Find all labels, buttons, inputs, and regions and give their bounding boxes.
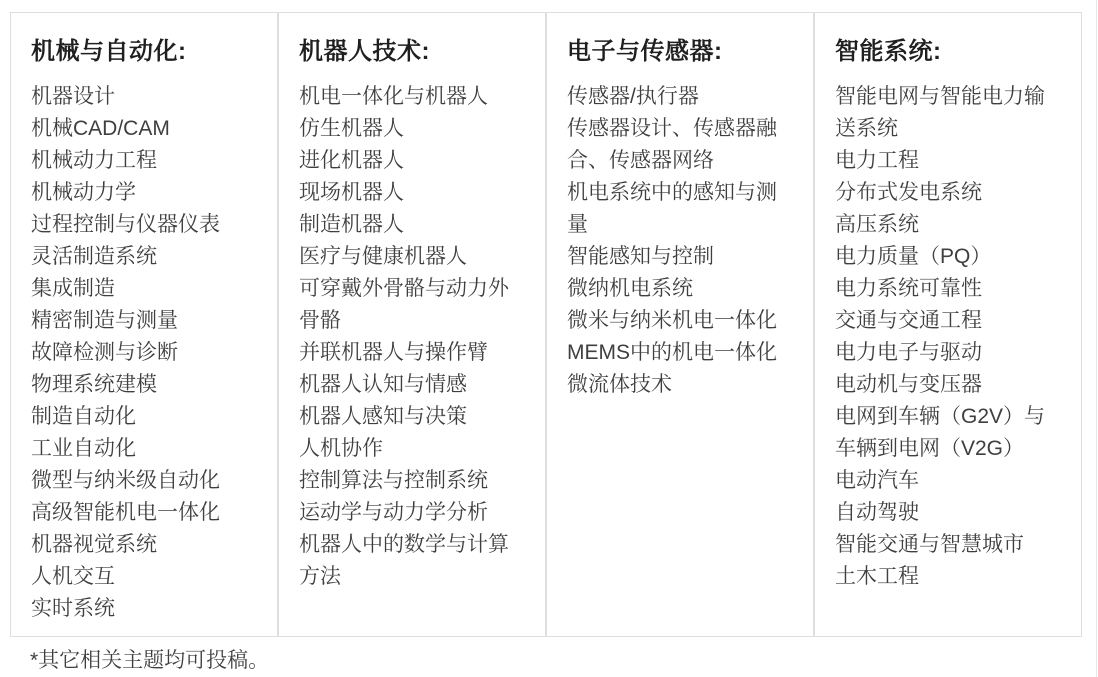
- topic-item: 微纳机电系统: [567, 273, 793, 305]
- topic-item: 智能交通与智慧城市: [835, 529, 1061, 561]
- topic-item: 智能感知与控制: [567, 241, 793, 273]
- topic-column-robotics: 机器人技术: 机电一体化与机器人仿生机器人进化机器人现场机器人制造机器人医疗与健…: [279, 13, 547, 636]
- topic-item: 制造自动化: [31, 401, 257, 433]
- topic-item: 灵活制造系统: [31, 241, 257, 273]
- topic-list: 机电一体化与机器人仿生机器人进化机器人现场机器人制造机器人医疗与健康机器人可穿戴…: [299, 81, 525, 593]
- topic-item: 机械动力学: [31, 177, 257, 209]
- topic-item: 机械CAD/CAM: [31, 113, 257, 145]
- topic-item: 传感器设计、传感器融合、传感器网络: [567, 113, 793, 177]
- topic-item: 人机交互: [31, 561, 257, 593]
- topic-item: 电力质量（PQ）: [835, 241, 1061, 273]
- topic-list: 传感器/执行器传感器设计、传感器融合、传感器网络机电系统中的感知与测量智能感知与…: [567, 81, 793, 401]
- topic-column-electronics-sensors: 电子与传感器: 传感器/执行器传感器设计、传感器融合、传感器网络机电系统中的感知…: [547, 13, 815, 636]
- topic-item: 机器人感知与决策: [299, 401, 525, 433]
- topic-item: 工业自动化: [31, 433, 257, 465]
- topic-item: 进化机器人: [299, 145, 525, 177]
- topics-table: 机械与自动化: 机器设计机械CAD/CAM机械动力工程机械动力学过程控制与仪器仪…: [10, 12, 1082, 637]
- topic-item: 机电一体化与机器人: [299, 81, 525, 113]
- topic-item: 制造机器人: [299, 209, 525, 241]
- topic-item: 仿生机器人: [299, 113, 525, 145]
- topic-item: 微米与纳米机电一体化: [567, 305, 793, 337]
- topic-item: 微型与纳米级自动化: [31, 465, 257, 497]
- column-heading: 电子与传感器:: [567, 35, 793, 69]
- topic-item: 机器人认知与情感: [299, 369, 525, 401]
- topic-item: 电力工程: [835, 145, 1061, 177]
- topic-item: 电力系统可靠性: [835, 273, 1061, 305]
- topic-item: 电力电子与驱动: [835, 337, 1061, 369]
- topic-item: 集成制造: [31, 273, 257, 305]
- topic-item: 机械动力工程: [31, 145, 257, 177]
- topic-item: 医疗与健康机器人: [299, 241, 525, 273]
- topic-item: 人机协作: [299, 433, 525, 465]
- topic-item: 电动汽车: [835, 465, 1061, 497]
- topic-item: 机器视觉系统: [31, 529, 257, 561]
- topic-item: 智能电网与智能电力输送系统: [835, 81, 1061, 145]
- topic-item: 可穿戴外骨骼与动力外骨骼: [299, 273, 525, 337]
- column-heading: 机器人技术:: [299, 35, 525, 69]
- topic-column-mechanical: 机械与自动化: 机器设计机械CAD/CAM机械动力工程机械动力学过程控制与仪器仪…: [11, 13, 279, 636]
- footnote: *其它相关主题均可投稿。: [30, 646, 269, 676]
- topic-item: 高压系统: [835, 209, 1061, 241]
- topic-item: MEMS中的机电一体化: [567, 337, 793, 369]
- topic-item: 土木工程: [835, 561, 1061, 593]
- topic-item: 控制算法与控制系统: [299, 465, 525, 497]
- topic-item: 机电系统中的感知与测量: [567, 177, 793, 241]
- topic-list: 机器设计机械CAD/CAM机械动力工程机械动力学过程控制与仪器仪表灵活制造系统集…: [31, 81, 257, 625]
- topic-item: 实时系统: [31, 593, 257, 625]
- topic-item: 运动学与动力学分析: [299, 497, 525, 529]
- topic-item: 电网到车辆（G2V）与车辆到电网（V2G）: [835, 401, 1061, 465]
- topic-item: 机器人中的数学与计算方法: [299, 529, 525, 593]
- topic-item: 分布式发电系统: [835, 177, 1061, 209]
- topic-item: 物理系统建模: [31, 369, 257, 401]
- topic-item: 传感器/执行器: [567, 81, 793, 113]
- topic-item: 精密制造与测量: [31, 305, 257, 337]
- topic-item: 高级智能机电一体化: [31, 497, 257, 529]
- topic-item: 故障检测与诊断: [31, 337, 257, 369]
- column-heading: 智能系统:: [835, 35, 1061, 69]
- topic-item: 微流体技术: [567, 369, 793, 401]
- topic-item: 现场机器人: [299, 177, 525, 209]
- topic-list: 智能电网与智能电力输送系统电力工程分布式发电系统高压系统电力质量（PQ）电力系统…: [835, 81, 1061, 593]
- topic-item: 自动驾驶: [835, 497, 1061, 529]
- topic-item: 机器设计: [31, 81, 257, 113]
- page-edge-line: [1096, 0, 1097, 677]
- topic-item: 交通与交通工程: [835, 305, 1061, 337]
- topic-column-intelligent-systems: 智能系统: 智能电网与智能电力输送系统电力工程分布式发电系统高压系统电力质量（P…: [815, 13, 1081, 636]
- column-heading: 机械与自动化:: [31, 35, 257, 69]
- topic-item: 过程控制与仪器仪表: [31, 209, 257, 241]
- topic-item: 并联机器人与操作臂: [299, 337, 525, 369]
- topic-item: 电动机与变压器: [835, 369, 1061, 401]
